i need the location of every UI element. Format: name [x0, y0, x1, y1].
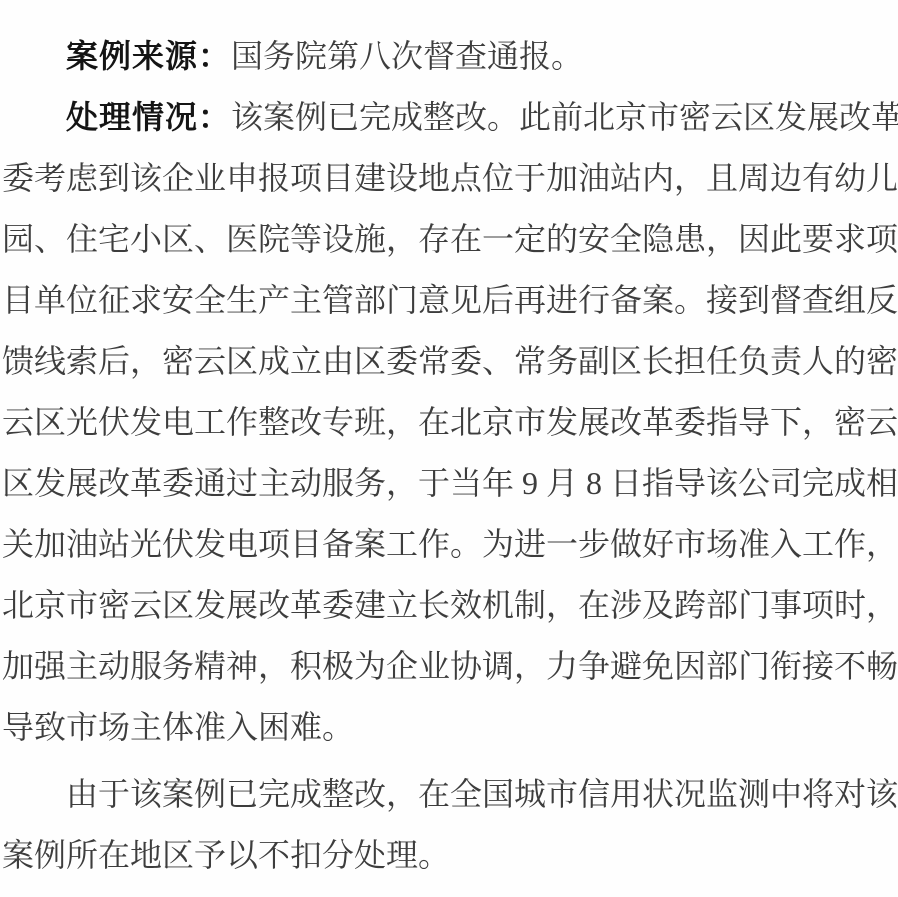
line-text: 目单位征求安全生产主管部门意见后再进行备案。接到督查组反	[2, 282, 898, 318]
text-line: 导致市场主体准入困难。	[2, 697, 898, 758]
line-text: 园、住宅小区、医院等设施，存在一定的安全隐患，因此要求项	[2, 221, 898, 257]
section-label-case-source: 案例来源：	[66, 38, 231, 74]
line-text: 北京市密云区发展改革委建立长效机制，在涉及跨部门事项时，	[2, 587, 898, 623]
line-text: 导致市场主体准入困难。	[2, 709, 354, 745]
text-line: 馈线索后，密云区成立由区委常委、常务副区长担任负责人的密	[2, 331, 898, 392]
text-line: 关加油站光伏发电项目备案工作。为进一步做好市场准入工作，	[2, 514, 898, 575]
line-text: 加强主动服务精神，积极为企业协调，力争避免因部门衔接不畅	[2, 648, 898, 684]
text-line: 目单位征求安全生产主管部门意见后再进行备案。接到督查组反	[2, 270, 898, 331]
line-text: 该案例已完成整改。此前北京市密云区发展改革	[231, 99, 898, 135]
section-label-handling-status: 处理情况：	[66, 99, 231, 135]
text-line: 北京市密云区发展改革委建立长效机制，在涉及跨部门事项时，	[2, 575, 898, 636]
text-line: 由于该案例已完成整改，在全国城市信用状况监测中将对该	[2, 764, 898, 825]
document-page: 案例来源：国务院第八次督查通报。 处理情况：该案例已完成整改。此前北京市密云区发…	[0, 0, 898, 897]
line-text: 委考虑到该企业申报项目建设地点位于加油站内，且周边有幼儿	[2, 160, 898, 196]
text-line: 处理情况：该案例已完成整改。此前北京市密云区发展改革	[2, 87, 898, 148]
line-text: 云区光伏发电工作整改专班，在北京市发展改革委指导下，密云	[2, 404, 898, 440]
text-line: 案例来源：国务院第八次督查通报。	[2, 26, 898, 87]
line-text: 馈线索后，密云区成立由区委常委、常务副区长担任负责人的密	[2, 343, 898, 379]
text-line: 园、住宅小区、医院等设施，存在一定的安全隐患，因此要求项	[2, 209, 898, 270]
document-body: 案例来源：国务院第八次督查通报。 处理情况：该案例已完成整改。此前北京市密云区发…	[0, 0, 898, 886]
text-line: 区发展改革委通过主动服务，于当年 9 月 8 日指导该公司完成相	[2, 453, 898, 514]
text-line: 委考虑到该企业申报项目建设地点位于加油站内，且周边有幼儿	[2, 148, 898, 209]
line-text: 区发展改革委通过主动服务，于当年 9 月 8 日指导该公司完成相	[2, 465, 898, 501]
text-line: 案例所在地区予以不扣分处理。	[2, 825, 898, 886]
text-line: 云区光伏发电工作整改专班，在北京市发展改革委指导下，密云	[2, 392, 898, 453]
text-line: 加强主动服务精神，积极为企业协调，力争避免因部门衔接不畅	[2, 636, 898, 697]
line-text: 关加油站光伏发电项目备案工作。为进一步做好市场准入工作，	[2, 526, 898, 562]
line-text: 由于该案例已完成整改，在全国城市信用状况监测中将对该	[66, 776, 898, 812]
line-text: 案例所在地区予以不扣分处理。	[2, 837, 450, 873]
line-text: 国务院第八次督查通报。	[231, 38, 583, 74]
